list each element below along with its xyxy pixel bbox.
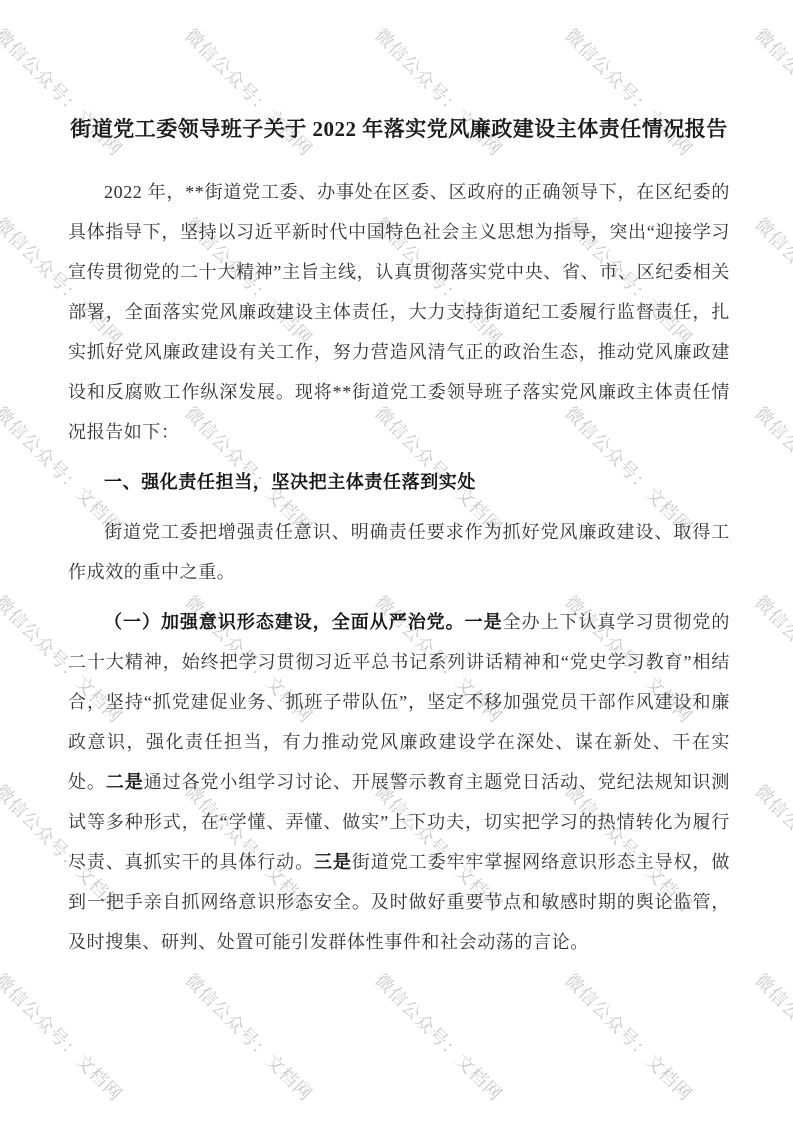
watermark-text: 微信公众号：文档网: [0, 967, 129, 1106]
paragraph: 街道党工委把增强责任意识、明确责任要求作为抓好党风廉政建设、取得工作成效的重中之…: [68, 512, 730, 592]
watermark-text: 微信公众号：文档网: [560, 967, 699, 1106]
text-segment: 街道党工委把增强责任意识、明确责任要求作为抓好党风廉政建设、取得工作成效的重中之…: [68, 522, 730, 582]
bold-text-segment: 三是: [314, 852, 352, 872]
document-body: 2022 年，**街道党工委、办事处在区委、区政府的正确领导下，在区纪委的具体指…: [68, 172, 730, 962]
document-page: 微信公众号：文档网微信公众号：文档网微信公众号：文档网微信公众号：文档网微信公众…: [0, 0, 793, 1122]
document-title: 街道党工委领导班子关于 2022 年落实党风廉政建设主体责任情况报告: [68, 112, 730, 146]
watermark-text: 微信公众号：文档网: [180, 967, 319, 1106]
text-segment: 2022 年，**街道党工委、办事处在区委、区政府的正确领导下，在区纪委的具体指…: [68, 182, 730, 442]
text-segment: 全办上下认真学习贯彻党的二十大精神，始终把学习贯彻习近平总书记系列讲话精神和“党…: [68, 612, 730, 792]
paragraph: 2022 年，**街道党工委、办事处在区委、区政府的正确领导下，在区纪委的具体指…: [68, 172, 730, 452]
paragraph: （一）加强意识形态建设，全面从严治党。一是全办上下认真学习贯彻党的二十大精神，始…: [68, 602, 730, 962]
document-content: 街道党工委领导班子关于 2022 年落实党风廉政建设主体责任情况报告 2022 …: [0, 0, 793, 962]
bold-text-segment: 二是: [106, 772, 144, 792]
watermark-text: 微信公众号：文档网: [750, 967, 793, 1106]
section-heading: 一、强化责任担当，坚决把主体责任落到实处: [68, 462, 730, 502]
bold-text-segment: 一、强化责任担当，坚决把主体责任落到实处: [104, 472, 476, 492]
bold-text-segment: （一）加强意识形态建设，全面从严治党。一是: [104, 612, 503, 632]
watermark-text: 微信公众号：文档网: [370, 967, 509, 1106]
